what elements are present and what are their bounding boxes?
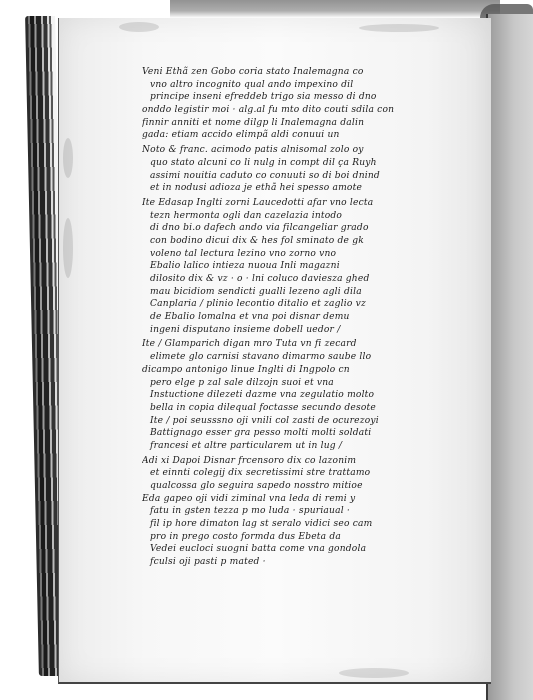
- manuscript-line: bella in copia dilequal foctasse secundo…: [142, 402, 432, 415]
- manuscript-line: Noto & franc. acimodo patis alnisomal zo…: [142, 144, 432, 157]
- manuscript-line: Ite Edasap Inglti zorni Laucedotti afar …: [142, 197, 432, 210]
- manuscript-line: qualcossa glo seguira sapedo nosstro mit…: [142, 480, 432, 493]
- scanner-top-strip: [170, 0, 500, 18]
- manuscript-line: Adi xi Dapoi Disnar frcensoro dix co laz…: [142, 455, 432, 468]
- manuscript-line: finnir anniti et nome dilgp li Inalemagn…: [142, 117, 432, 130]
- manuscript-line: quo stato alcuni co li nulg in compt dil…: [142, 157, 432, 170]
- manuscript-line: Ebalio lalico intieza nuoua Inli magazni: [142, 260, 432, 273]
- manuscript-line: Canplaria / plinio lecontio ditalio et z…: [142, 298, 432, 311]
- manuscript-line: dicampo antonigo linue Inglti di Ingpolo…: [142, 364, 432, 377]
- manuscript-line: pro in prego costo formda dus Ebeta da: [142, 531, 432, 544]
- manuscript-line: principe inseni efreddeb trigo sia messo…: [142, 91, 432, 104]
- manuscript-line: Veni Ethã zen Gobo coria stato Inalemagn…: [142, 66, 432, 79]
- manuscript-line: pero elge p zal sale dilzojn suoi et vna: [142, 377, 432, 390]
- manuscript-line: Vedei eucloci suogni batta come vna gond…: [142, 543, 432, 556]
- manuscript-line: Eda gapeo oji vidi ziminal vna leda di r…: [142, 493, 432, 506]
- manuscript-line: Instuctione dilezeti dazme vna zegulatio…: [142, 389, 432, 402]
- manuscript-line: assimi nouitia caduto co conuuti so di b…: [142, 170, 432, 183]
- manuscript-line: onddo legistir moi · alg.al fu mto dito …: [142, 104, 432, 117]
- manuscript-line: ingeni disputano insieme dobell uedor /: [142, 324, 432, 337]
- manuscript-line: Ite / poi seusssno oji vnili col zasti d…: [142, 415, 432, 428]
- manuscript-line: mau bicidiom sendicti gualli lezeno agli…: [142, 286, 432, 299]
- manuscript-line: et einnti colegij dix secretissimi stre …: [142, 467, 432, 480]
- manuscript-line: voleno tal lectura lezino vno zorno vno: [142, 248, 432, 261]
- page-stain: [339, 668, 409, 678]
- manuscript-line: con bodino dicui dix & hes fol sminato d…: [142, 235, 432, 248]
- manuscript-line: di dno bi.o dafech ando via filcangeliar…: [142, 222, 432, 235]
- facing-page-edge: [486, 14, 533, 700]
- manuscript-line: et in nodusi adioza je ethã hei spesso a…: [142, 182, 432, 195]
- manuscript-line: fil ip hore dimaton lag st seralo vidici…: [142, 518, 432, 531]
- manuscript-line: tezn hermonta ogli dan cazelazia intodo: [142, 210, 432, 223]
- manuscript-line: francesi et altre particularem ut in lug…: [142, 440, 432, 453]
- handwritten-text-block: Veni Ethã zen Gobo coria stato Inalemagn…: [142, 66, 432, 569]
- manuscript-line: elimete glo carnisi stavano dimarmo saub…: [142, 351, 432, 364]
- manuscript-line: dilosito dix & vz · o · lni coluco davie…: [142, 273, 432, 286]
- manuscript-line: Battignago esser gra pesso molti molti s…: [142, 427, 432, 440]
- page-stain: [359, 24, 439, 32]
- page-stain: [119, 22, 159, 32]
- manuscript-line: fatu in gsten tezza p mo luda · spuriaua…: [142, 505, 432, 518]
- manuscript-line: vno altro incognito qual ando impexino d…: [142, 79, 432, 92]
- manuscript-line: de Ebalio lomalna et vna poi disnar demu: [142, 311, 432, 324]
- page-stain: [63, 218, 73, 278]
- manuscript-line: gada: etiam accido elimpã aldi conuui un: [142, 129, 432, 142]
- manuscript-line: fculsi oji pasti p mated ·: [142, 556, 432, 569]
- page-stain: [63, 138, 73, 178]
- manuscript-line: Ite / Glamparich digan mro Tuta vn fi ze…: [142, 338, 432, 351]
